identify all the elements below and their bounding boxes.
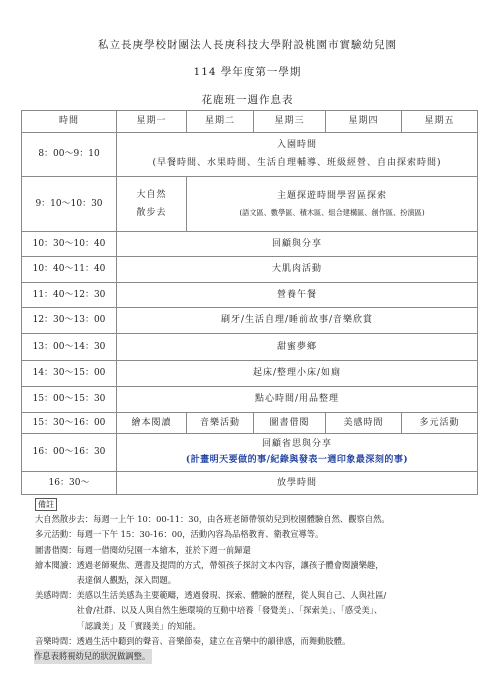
- note-item: 繪本閱讀： 透過老師聚焦、選書及提問的方式，帶領孩子探討文本內容，讓孩子體會閱讀…: [35, 558, 475, 588]
- friday-activity: 多元活動: [402, 413, 478, 434]
- note-text: 每週一借閱幼兒園一本繪本，並於下週一前歸還: [77, 543, 476, 558]
- table-row: 16：30～ 放學時間: [22, 472, 478, 495]
- thursday-activity: 美感時間: [326, 413, 402, 434]
- note-item: 圖書借閱： 每週一借閱幼兒園一本繪本，並於下週一前歸還: [35, 543, 475, 558]
- monday-cell: 大自然 散步去: [117, 177, 187, 232]
- time-cell: 11：40～12：30: [22, 283, 117, 308]
- note-item: 多元活動： 每週一下午 15：30-16：00，活動內容為品格教育、衛教宣導等。: [35, 527, 475, 542]
- activity-cell: 回顧與分享: [117, 232, 478, 257]
- note-text: 每週一上午 10：00-11：30，由各班老師帶領幼兒到校園體驗自然、觀察自然。: [93, 512, 475, 527]
- notes-section: 備註 大自然散步去： 每週一上午 10：00-11：30，由各班老師帶領幼兒到校…: [35, 497, 475, 664]
- monday-line1: 大自然: [136, 190, 166, 200]
- activity-subtitle-highlight: (計畫明天要做的事/紀錄與發表一週印象最深刻的事): [117, 455, 477, 466]
- note-text: 社會/社群、以及人與自然生態環境的互動中培養「發覺美」、「探索美」、「感受美」、: [77, 603, 476, 618]
- table-row: 9：10～10：30 大自然 散步去 主題探遊時間學習區探索 (語文區、數學區、…: [22, 177, 478, 232]
- activity-title: 主題探遊時間學習區探索: [277, 191, 387, 201]
- monday-line2: 散步去: [117, 208, 186, 219]
- note-label: 圖書借閱：: [35, 543, 77, 558]
- time-cell: 10：40～11：40: [22, 257, 117, 283]
- final-note-highlighted: 作息表將視幼兒的狀況做調整。: [34, 649, 152, 664]
- note-label: 繪本閱讀：: [35, 558, 77, 588]
- note-text: 美感以生活美感為主要範疇，透過發現、探索、體驗的歷程，從人與自己、人與社區/: [77, 588, 476, 603]
- table-row: 13：00～14：30 甜蜜夢鄉: [22, 334, 478, 361]
- column-header-friday: 星期五: [402, 111, 478, 133]
- tuesday-activity: 音樂活動: [187, 413, 254, 434]
- time-cell: 16：00～16：30: [22, 434, 117, 472]
- table-title: 花鹿班一週作息表: [0, 92, 495, 107]
- note-label: 大自然散步去：: [35, 512, 93, 527]
- time-cell: 15：30～16：00: [22, 413, 117, 434]
- column-header-time: 時間: [22, 111, 117, 133]
- time-cell: 13：00～14：30: [22, 334, 117, 361]
- table-row: 15：30～16：00 繪本閱讀 音樂活動 圖書借閱 美感時間 多元活動: [22, 413, 478, 434]
- time-cell: 12：30～13：00: [22, 308, 117, 334]
- table-row: 10：40～11：40 大肌肉活動: [22, 257, 478, 283]
- activity-cell: 起床/整理小床/如廁: [117, 361, 478, 387]
- activity-cell: 營養午餐: [117, 283, 478, 308]
- time-cell: 9：10～10：30: [22, 177, 117, 232]
- table-header-row: 時間 星期一 星期二 星期三 星期四 星期五: [22, 111, 478, 133]
- activity-cell: 甜蜜夢鄉: [117, 334, 478, 361]
- monday-activity: 繪本閱讀: [117, 413, 187, 434]
- table-row: 11：40～12：30 營養午餐: [22, 283, 478, 308]
- note-label: 多元活動：: [35, 527, 77, 542]
- notes-header: 備註: [35, 498, 57, 511]
- time-cell: 16：30～: [22, 472, 117, 495]
- note-item: 大自然散步去： 每週一上午 10：00-11：30，由各班老師帶領幼兒到校園體驗…: [35, 512, 475, 527]
- wednesday-activity: 圖書借閱: [254, 413, 326, 434]
- table-row: 16：00～16：30 回顧省思與分享 (計畫明天要做的事/紀錄與發表一週印象最…: [22, 434, 478, 472]
- activity-cell: 刷牙/生活自理/睡前故事/音樂欣賞: [117, 308, 478, 334]
- note-text: 透過生活中聽到的聲音、音樂節奏，建立在音樂中的韻律感，而舞動肢體。: [77, 634, 476, 649]
- time-cell: 10：30～10：40: [22, 232, 117, 257]
- column-header-wednesday: 星期三: [254, 111, 326, 133]
- activity-cell: 放學時間: [117, 472, 478, 495]
- table-row: 14：30～15：00 起床/整理小床/如廁: [22, 361, 478, 387]
- note-text: 每週一下午 15：30-16：00，活動內容為品格教育、衛教宣導等。: [77, 527, 476, 542]
- note-text: 透過老師聚焦、選書及提問的方式，帶領孩子探討文本內容，讓孩子體會閱讀樂趣，: [77, 558, 476, 573]
- note-label: 音樂時間：: [35, 634, 77, 649]
- semester-label: 114 學年度第一學期: [0, 64, 495, 79]
- activity-title: 回顧省思與分享: [262, 439, 332, 449]
- table-row: 15：00～15：30 點心時間/用品整理: [22, 387, 478, 413]
- time-cell: 8：00～9：10: [22, 133, 117, 177]
- weekly-schedule-table: 時間 星期一 星期二 星期三 星期四 星期五 8：00～9：10 入園時間 (早…: [21, 110, 478, 495]
- note-text: 表達個人觀點，深入問題。: [77, 573, 476, 588]
- note-item: 美感時間： 美感以生活美感為主要範疇，透過發現、探索、體驗的歷程，從人與自己、人…: [35, 588, 475, 634]
- activity-title: 入園時間: [277, 140, 317, 150]
- activity-subtitle: (早餐時間、水果時間、生活自理輔導、班級經營、自由探索時間): [117, 158, 477, 169]
- school-name: 私立長庚學校財團法人長庚科技大學附設桃園市實驗幼兒園: [0, 37, 495, 52]
- activity-subtitle: (語文區、數學區、積木區、組合建構區、創作區、扮演區): [187, 209, 477, 218]
- activity-cell: 入園時間 (早餐時間、水果時間、生活自理輔導、班級經營、自由探索時間): [117, 133, 478, 177]
- note-text: 「認識美」及「實踐美」的知能。: [77, 619, 476, 634]
- activity-cell: 點心時間/用品整理: [117, 387, 478, 413]
- table-row: 10：30～10：40 回顧與分享: [22, 232, 478, 257]
- time-cell: 15：00～15：30: [22, 387, 117, 413]
- table-row: 8：00～9：10 入園時間 (早餐時間、水果時間、生活自理輔導、班級經營、自由…: [22, 133, 478, 177]
- time-cell: 14：30～15：00: [22, 361, 117, 387]
- activity-cell: 大肌肉活動: [117, 257, 478, 283]
- table-row: 12：30～13：00 刷牙/生活自理/睡前故事/音樂欣賞: [22, 308, 478, 334]
- activity-cell: 主題探遊時間學習區探索 (語文區、數學區、積木區、組合建構區、創作區、扮演區): [187, 177, 478, 232]
- note-item: 音樂時間： 透過生活中聽到的聲音、音樂節奏，建立在音樂中的韻律感，而舞動肢體。: [35, 634, 475, 649]
- column-header-thursday: 星期四: [326, 111, 402, 133]
- column-header-tuesday: 星期二: [187, 111, 254, 133]
- note-label: 美感時間：: [35, 588, 77, 634]
- column-header-monday: 星期一: [117, 111, 187, 133]
- activity-cell: 回顧省思與分享 (計畫明天要做的事/紀錄與發表一週印象最深刻的事): [117, 434, 478, 472]
